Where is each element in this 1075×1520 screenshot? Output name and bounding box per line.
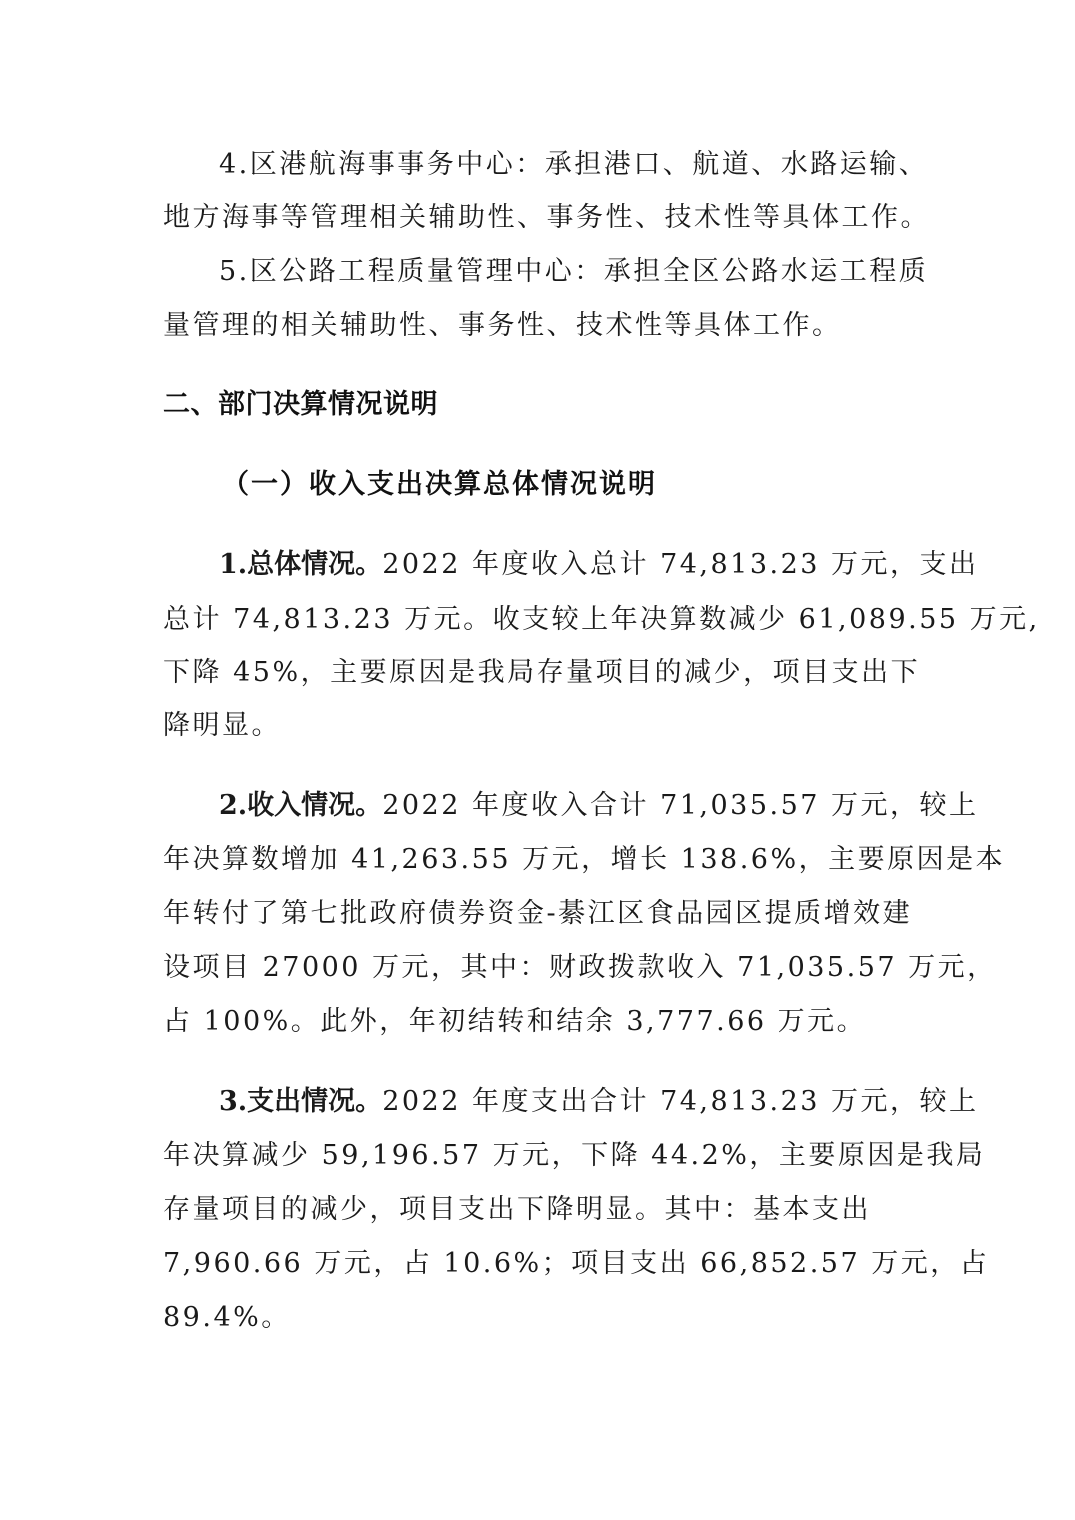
expense-line1: 3.支出情况。2022 年度支出合计 74,813.23 万元，较上	[219, 1085, 979, 1119]
overall-line2: 总计 74,813.23 万元。收支较上年决算数减少 61,089.55 万元,	[163, 603, 1040, 637]
expense-line5: 89.4%。	[163, 1301, 291, 1335]
income-line3: 年转付了第七批政府债券资金-綦江区食品园区提质增效建	[163, 897, 912, 931]
income-line1: 2.收入情况。2022 年度收入合计 71,035.57 万元，较上	[219, 789, 979, 823]
income-lead: 2.收入情况。	[219, 790, 382, 821]
item5-line2: 量管理的相关辅助性、事务性、技术性等具体工作。	[163, 309, 842, 343]
income-line5: 占 100%。此外，年初结转和结余 3,777.66 万元。	[163, 1005, 866, 1039]
item4-line2: 地方海事等管理相关辅助性、事务性、技术性等具体工作。	[163, 201, 930, 235]
section-heading-sub: （一）收入支出决算总体情况说明	[222, 468, 657, 502]
overall-lead: 1.总体情况。	[219, 549, 382, 580]
expense-line2: 年决算减少 59,196.57 万元，下降 44.2%，主要原因是我局	[163, 1139, 985, 1173]
expense-line4: 7,960.66 万元，占 10.6%；项目支出 66,852.57 万元，占	[163, 1247, 989, 1281]
overall-line3: 下降 45%，主要原因是我局存量项目的减少，项目支出下	[163, 656, 920, 690]
overall-text-1: 2022 年度收入总计 74,813.23 万元，支出	[382, 549, 978, 580]
item4-line1: 4.区港航海事事务中心：承担港口、航道、水路运输、	[219, 148, 928, 182]
overall-line1: 1.总体情况。2022 年度收入总计 74,813.23 万元，支出	[219, 548, 979, 582]
item5-line1: 5.区公路工程质量管理中心：承担全区公路水运工程质	[219, 255, 928, 289]
expense-line3: 存量项目的减少，项目支出下降明显。其中：基本支出	[163, 1193, 871, 1227]
income-text-1: 2022 年度收入合计 71,035.57 万元，较上	[382, 790, 978, 821]
income-line2: 年决算数增加 41,263.55 万元，增长 138.6%，主要原因是本	[163, 843, 1005, 877]
overall-line4: 降明显。	[163, 709, 281, 743]
document-page: 4.区港航海事事务中心：承担港口、航道、水路运输、 地方海事等管理相关辅助性、事…	[0, 0, 1075, 1520]
section-heading-main: 二、部门决算情况说明	[163, 388, 438, 422]
expense-text-1: 2022 年度支出合计 74,813.23 万元，较上	[382, 1086, 978, 1117]
expense-lead: 3.支出情况。	[219, 1086, 382, 1117]
income-line4: 设项目 27000 万元，其中：财政拨款收入 71,035.57 万元，	[163, 951, 997, 985]
